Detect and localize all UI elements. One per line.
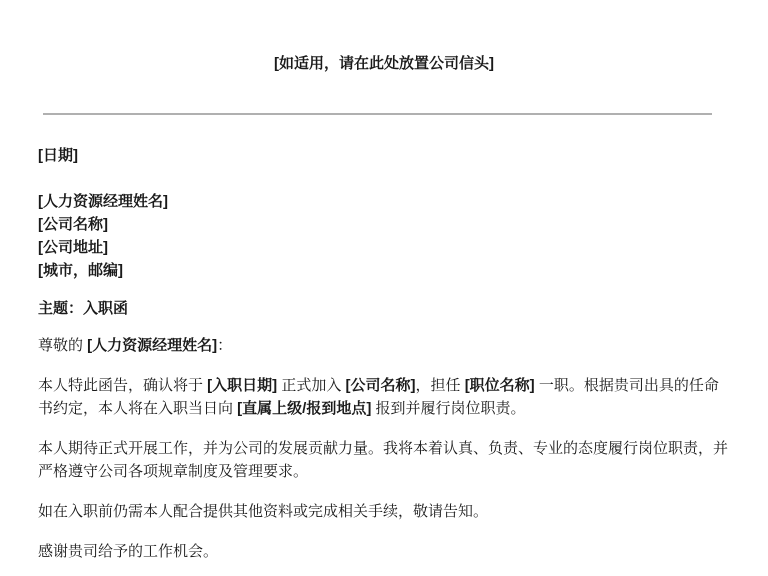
placeholder-token: [人力资源经理姓名] xyxy=(87,337,217,354)
recipient-city-zip: [城市，邮编] xyxy=(38,259,730,282)
subject-label: 主题： xyxy=(38,300,83,317)
body-paragraph-confirmation: 本人特此函告，确认将于 [入职日期] 正式加入 [公司名称]，担任 [职位名称]… xyxy=(38,374,730,420)
text-run: 正式加入 xyxy=(277,377,345,394)
placeholder-token: [入职日期] xyxy=(207,377,277,394)
letterhead-placeholder: [如适用，请在此处放置公司信头] xyxy=(38,52,730,75)
placeholder-token: [公司名称] xyxy=(346,377,416,394)
placeholder-token: [职位名称] xyxy=(465,377,535,394)
recipient-name: [人力资源经理姓名] xyxy=(38,190,730,213)
text-run: 感谢贵司给予的工作机会。 xyxy=(38,543,218,560)
text-run: 尊敬的 xyxy=(38,337,87,354)
recipient-company: [公司名称] xyxy=(38,213,730,236)
text-run: 本人特此函告，确认将于 xyxy=(38,377,207,394)
text-run: ： xyxy=(217,337,232,354)
recipient-block: [人力资源经理姓名] [公司名称] [公司地址] [城市，邮编] xyxy=(38,190,730,282)
letterhead-divider xyxy=(43,113,712,115)
body-paragraph-request: 如在入职前仍需本人配合提供其他资料或完成相关手续，敬请告知。 xyxy=(38,500,730,523)
date-placeholder: [日期] xyxy=(38,144,730,167)
text-run: 如在入职前仍需本人配合提供其他资料或完成相关手续，敬请告知。 xyxy=(38,503,488,520)
text-run: ，担任 xyxy=(416,377,465,394)
text-run: 报到并履行岗位职责。 xyxy=(371,400,525,417)
subject-value: 入职函 xyxy=(83,300,128,317)
subject-line: 主题：入职函 xyxy=(38,297,730,320)
salutation-line: 尊敬的 [人力资源经理姓名]： xyxy=(38,334,730,357)
placeholder-token: [直属上级/报到地点] xyxy=(237,400,371,417)
body-paragraph-commitment: 本人期待正式开展工作，并为公司的发展贡献力量。我将本着认真、负责、专业的态度履行… xyxy=(38,437,730,483)
recipient-address: [公司地址] xyxy=(38,236,730,259)
text-run: 本人期待正式开展工作，并为公司的发展贡献力量。我将本着认真、负责、专业的态度履行… xyxy=(38,440,728,480)
body-paragraph-thanks: 感谢贵司给予的工作机会。 xyxy=(38,540,730,563)
letter-page: [如适用，请在此处放置公司信头] [日期] [人力资源经理姓名] [公司名称] … xyxy=(0,0,768,576)
